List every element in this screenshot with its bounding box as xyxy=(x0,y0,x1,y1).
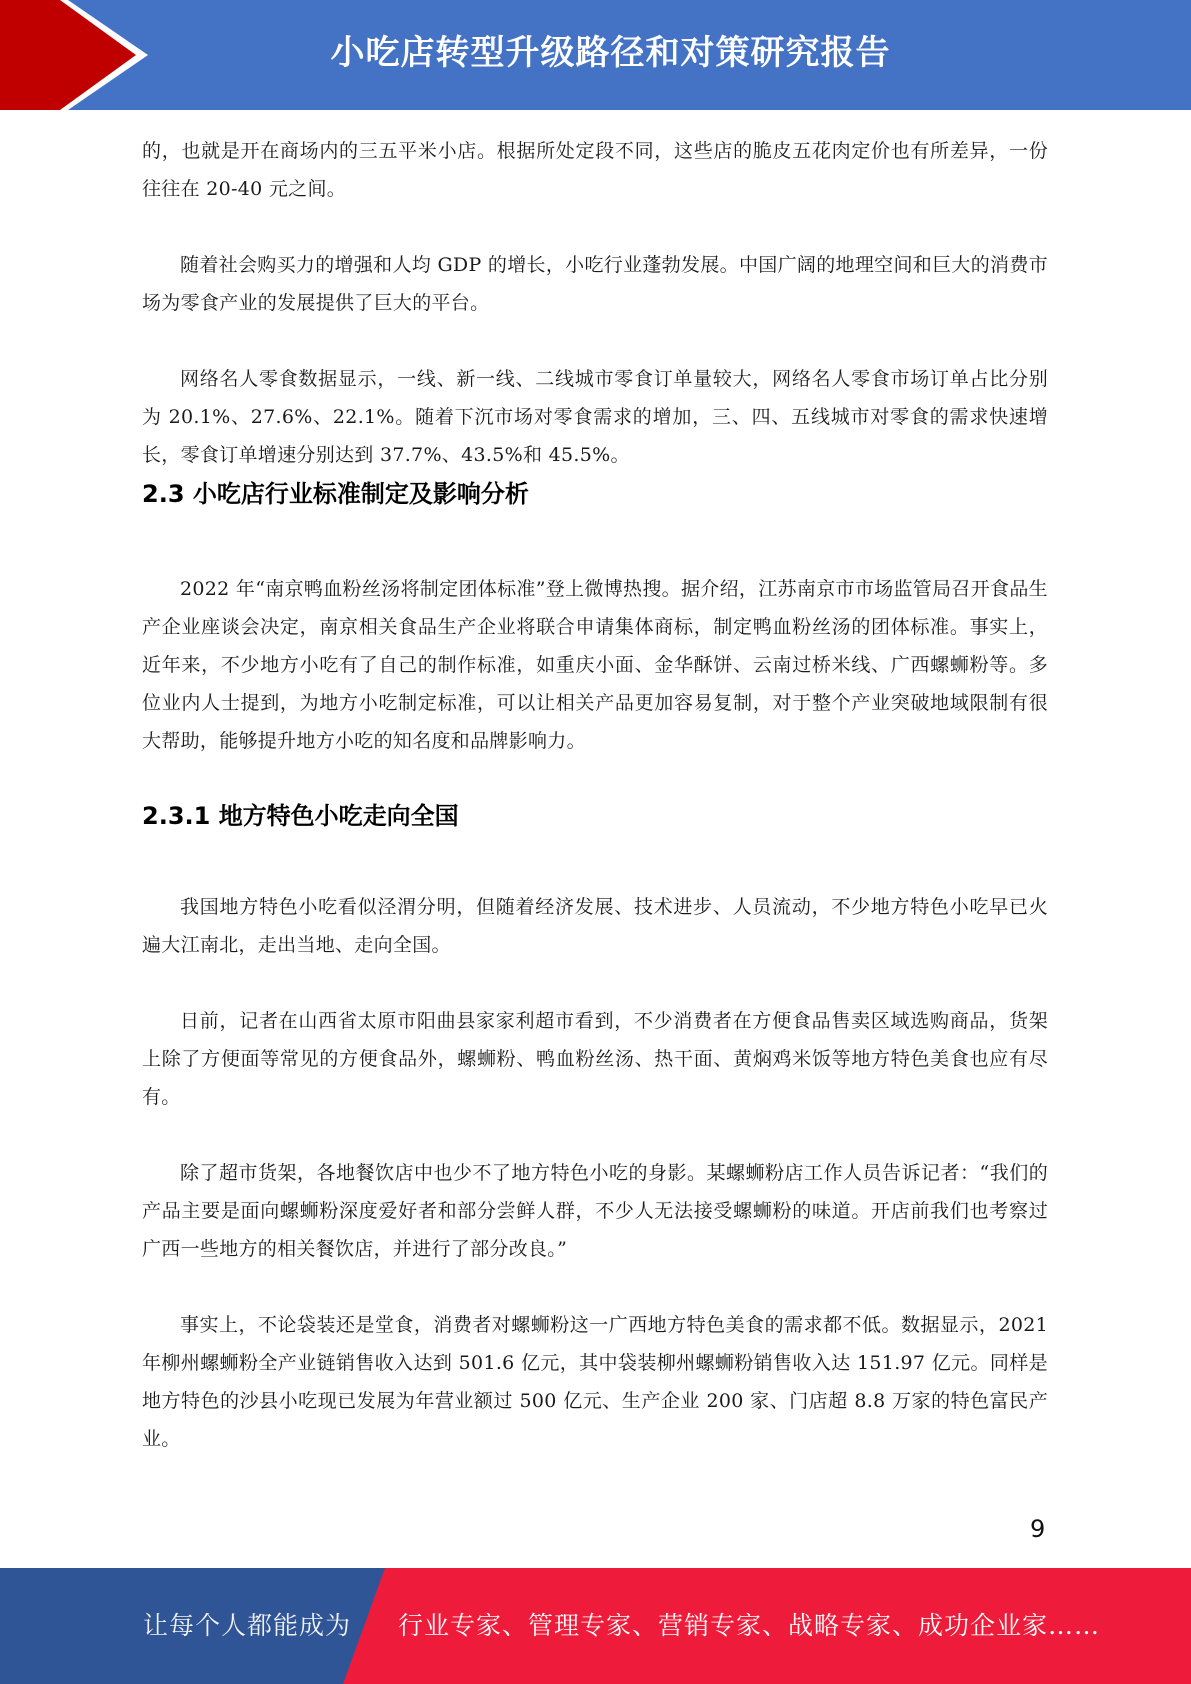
footer-banner: 让每个人都能成为 行业专家、管理专家、营销专家、战略专家、成功企业家…… xyxy=(0,1568,1191,1684)
red-chevron-icon xyxy=(0,0,160,110)
section-heading-2-3: 2.3 小吃店行业标准制定及影响分析 xyxy=(142,474,1048,514)
paragraph-nanjing-standard: 2022 年“南京鸭血粉丝汤将制定团体标准”登上微博热搜。据介绍，江苏南京市市场… xyxy=(142,570,1048,760)
header-banner: 小吃店转型升级路径和对策研究报告 xyxy=(0,0,1191,110)
paragraph-supermarket-observation: 日前，记者在山西省太原市阳曲县家家利超市看到，不少消费者在方便食品售卖区域选购商… xyxy=(142,1002,1048,1116)
footer-slogan-right: 行业专家、管理专家、营销专家、战略专家、成功企业家…… xyxy=(398,1568,1100,1684)
section-heading-2-3-1: 2.3.1 地方特色小吃走向全国 xyxy=(142,796,1048,836)
page-number: 9 xyxy=(1030,1515,1045,1543)
paragraph-market-growth: 随着社会购买力的增强和人均 GDP 的增长，小吃行业蓬勃发展。中国广阔的地理空间… xyxy=(142,246,1048,322)
paragraph-luosifen-data: 事实上，不论袋装还是堂食，消费者对螺蛳粉这一广西地方特色美食的需求都不低。数据显… xyxy=(142,1306,1048,1458)
paragraph-local-snacks-national: 我国地方特色小吃看似泾渭分明，但随着经济发展、技术进步、人员流动，不少地方特色小… xyxy=(142,888,1048,964)
paragraph-snack-orders: 网络名人零食数据显示，一线、新一线、二线城市零食订单量较大，网络名人零食市场订单… xyxy=(142,360,1048,474)
page-content: 的，也就是开在商场内的三五平米小店。根据所处定段不同，这些店的脆皮五花肉定价也有… xyxy=(142,132,1048,1458)
footer-slogan-left: 让每个人都能成为 xyxy=(143,1568,351,1684)
report-title: 小吃店转型升级路径和对策研究报告 xyxy=(150,0,1191,110)
paragraph-restaurant-quote: 除了超市货架，各地餐饮店中也少不了地方特色小吃的身影。某螺蛳粉店工作人员告诉记者… xyxy=(142,1154,1048,1268)
paragraph-price-range: 的，也就是开在商场内的三五平米小店。根据所处定段不同，这些店的脆皮五花肉定价也有… xyxy=(142,132,1048,208)
